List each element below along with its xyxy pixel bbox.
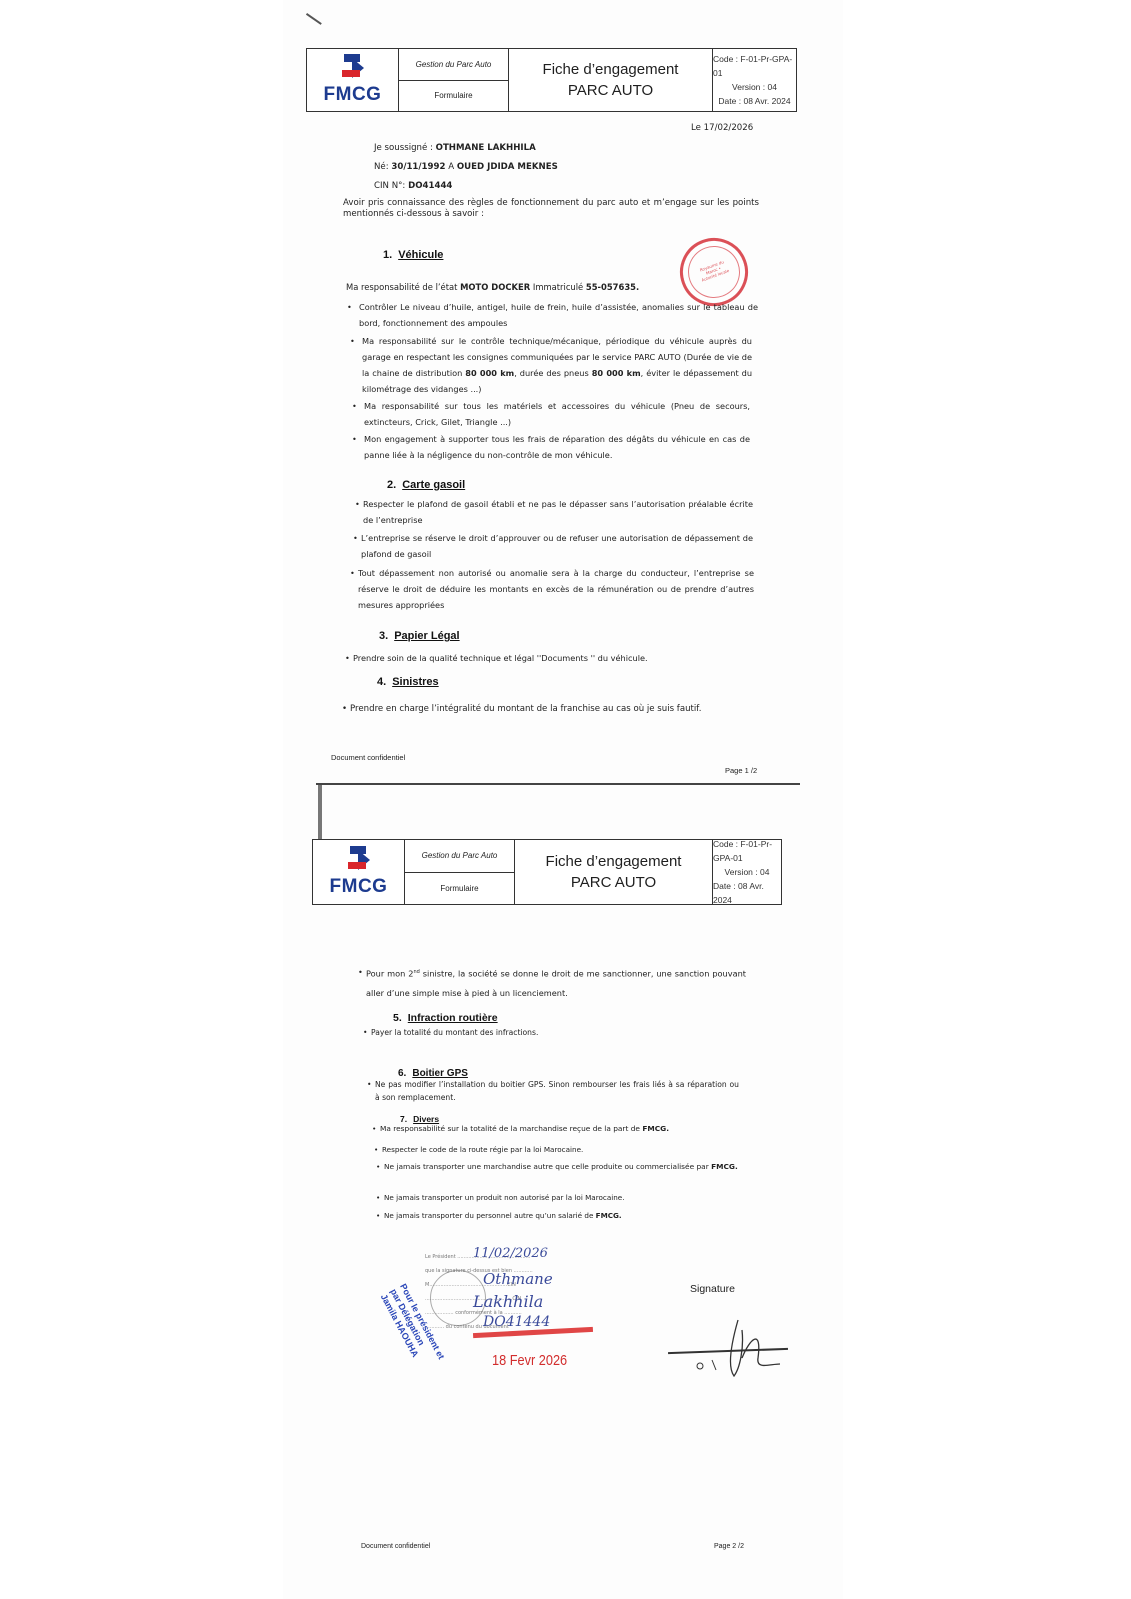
handwritten-signature: [690, 1318, 790, 1388]
section-number: 2.: [387, 479, 396, 491]
footer-confidential-p2: Document confidentiel: [361, 1543, 430, 1550]
cin-label: CIN N°:: [374, 181, 405, 191]
legalization-stamp: Le Président ...........................…: [395, 1250, 595, 1380]
brand-name: FMCG.: [711, 1162, 738, 1171]
section-2-heading: 2.Carte gasoil: [387, 479, 465, 491]
footer-confidential: Document confidentiel: [331, 753, 405, 762]
s1-bullet-4: Mon engagement à supporter tous les frai…: [348, 431, 750, 463]
signatory-line: Je soussigné : OTHMANE LAKHHILA: [374, 140, 536, 156]
document-title: Fiche d’engagement PARC AUTO: [515, 840, 713, 904]
section-1-heading: 1.Véhicule: [383, 249, 443, 261]
stamp-text: Royaume du Maroc • Autorité locale: [697, 258, 730, 282]
s2-bullet-2: L’entreprise se réserve le droit d’appro…: [353, 530, 753, 562]
section-title: Véhicule: [398, 249, 443, 261]
s5-bullet-1: Payer la totalité du montant des infract…: [363, 1025, 743, 1041]
section-title: Sinistres: [392, 676, 438, 688]
s7-bullet-2: Respecter le code de la route régie par …: [374, 1142, 754, 1158]
header-doc-type: Formulaire: [405, 872, 514, 905]
tyre-km: 80 000 km: [592, 368, 641, 378]
logo-text: FMCG: [330, 876, 388, 898]
chain-km: 80 000 km: [465, 368, 514, 378]
birth-line: Né: 30/11/1992 A OUED JDIDA MEKNES: [374, 159, 558, 175]
bullet-text: sinistre, la société se donne le droit d…: [366, 969, 746, 998]
header-category: Gestion du Parc Auto: [399, 49, 508, 80]
s4-bullet-1: Prendre en charge l’intégralité du monta…: [342, 701, 772, 717]
scan-edge-shadow: [318, 785, 322, 840]
signatory-name: OTHMANE LAKHHILA: [436, 143, 536, 153]
s6-bullet-1: Ne pas modifier l’installation du boitie…: [367, 1078, 739, 1104]
footer-page-number: Page 1 /2: [725, 766, 757, 775]
bullet-text: Ne jamais transporter du personnel autre…: [384, 1211, 593, 1220]
fmcg-logo: FMCG: [307, 49, 399, 111]
s4-bullet-2: Pour mon 2nd sinistre, la société se don…: [358, 963, 746, 1003]
vehicle-plate: 55-057635: [586, 282, 636, 292]
document-header: FMCG Gestion du Parc Auto Formulaire Fic…: [306, 48, 797, 112]
section-number: 1.: [383, 249, 392, 261]
doc-date: Date : 08 Avr. 2024: [713, 879, 781, 907]
bullet-text: Pour mon 2: [366, 969, 413, 979]
page-divider: [316, 783, 800, 785]
doc-version: Version : 04: [732, 80, 777, 94]
doc-code: Code : F-01-Pr-GPA-01: [713, 837, 781, 865]
s7-bullet-4: Ne jamais transporter un produit non aut…: [376, 1190, 756, 1206]
section-title: Papier Légal: [394, 630, 459, 642]
handwritten-last-name: Lakhhila: [473, 1292, 543, 1311]
title-line-2: PARC AUTO: [568, 80, 653, 101]
vehicle-model: MOTO DOCKER: [460, 282, 530, 292]
fmcg-logo: FMCG: [313, 840, 405, 904]
date-line: Le 17/02/2026: [691, 120, 753, 136]
vehicle-responsibility-line: Ma responsabilité de l’état MOTO DOCKER …: [346, 279, 639, 295]
logo-text: FMCG: [324, 84, 382, 106]
fmcg-arrow-icon: [336, 54, 370, 82]
s1-bullet-3: Ma responsabilité sur tous les matériels…: [348, 398, 750, 430]
s2-bullet-1: Respecter le plafond de gasoil établi et…: [355, 496, 753, 528]
header-category: Gestion du Parc Auto: [405, 840, 514, 872]
intro-paragraph: Avoir pris connaissance des règles de fo…: [343, 198, 759, 220]
section-5-heading: 5.Infraction routière: [393, 1012, 498, 1024]
document-meta: Code : F-01-Pr-GPA-01 Version : 04 Date …: [713, 49, 796, 111]
doc-version: Version : 04: [725, 865, 770, 879]
birth-place: OUED JDIDA MEKNES: [457, 162, 558, 172]
signature-label: Signature: [690, 1283, 735, 1295]
birth-label: Né:: [374, 162, 389, 172]
signatory-label: Je soussigné :: [374, 143, 433, 153]
bullet-text: Ma responsabilité sur la totalité de la …: [380, 1124, 640, 1133]
s3-bullet-1: Prendre soin de la qualité technique et …: [345, 650, 765, 666]
fmcg-arrow-icon: [342, 846, 376, 874]
s1-bullet-2: Ma responsabilité sur le contrôle techni…: [346, 333, 752, 397]
s7-bullet-3: Ne jamais transporter une marchandise au…: [376, 1161, 746, 1173]
title-line-1: Fiche d’engagement: [546, 851, 682, 872]
birth-date: 30/11/1992: [391, 162, 445, 172]
brand-name: FMCG.: [642, 1124, 669, 1133]
brand-name: FMCG.: [596, 1211, 622, 1220]
handwritten-first-name: Othmane: [483, 1270, 553, 1288]
doc-code: Code : F-01-Pr-GPA-01: [713, 52, 796, 80]
section-4-heading: 4.Sinistres: [377, 676, 439, 688]
doc-date: Date : 08 Avr. 2024: [718, 94, 790, 108]
header-doc-type: Formulaire: [399, 80, 508, 112]
bullet-text: Ne jamais transporter une marchandise au…: [384, 1162, 709, 1171]
s7-bullet-1: Ma responsabilité sur la totalité de la …: [372, 1121, 752, 1137]
handwritten-date: 11/02/2026: [473, 1246, 548, 1261]
document-header-p2: FMCG Gestion du Parc Auto Formulaire Fic…: [312, 839, 782, 905]
document-title: Fiche d’engagement PARC AUTO: [509, 49, 713, 111]
title-line-2: PARC AUTO: [571, 872, 656, 893]
section-number: 5.: [393, 1012, 402, 1024]
document-meta: Code : F-01-Pr-GPA-01 Version : 04 Date …: [713, 840, 781, 904]
lead-text: Ma responsabilité de l’état: [346, 282, 457, 292]
handwritten-cin: DO41444: [483, 1314, 550, 1330]
lead-text-2: Immatriculé: [533, 282, 583, 292]
title-line-1: Fiche d’engagement: [543, 59, 679, 80]
cin-value: DO41444: [408, 181, 452, 191]
cin-line: CIN N°: DO41444: [374, 178, 452, 194]
section-title: Infraction routière: [408, 1012, 498, 1024]
birth-at: A: [448, 162, 454, 172]
section-number: 3.: [379, 630, 388, 642]
footer-page-number-p2: Page 2 /2: [714, 1543, 744, 1550]
section-title: Carte gasoil: [402, 479, 465, 491]
s7-bullet-5: Ne jamais transporter du personnel autre…: [376, 1208, 756, 1224]
s1-bullet-1: Contrôler Le niveau d’huile, antigel, hu…: [343, 299, 758, 331]
bullet-text: , durée des pneus: [514, 368, 589, 378]
date-stamp: 18 Fevr 2026: [492, 1352, 567, 1369]
section-number: 4.: [377, 676, 386, 688]
s2-bullet-3: Tout dépassement non autorisé ou anomali…: [350, 565, 754, 613]
section-3-heading: 3.Papier Légal: [379, 630, 460, 642]
